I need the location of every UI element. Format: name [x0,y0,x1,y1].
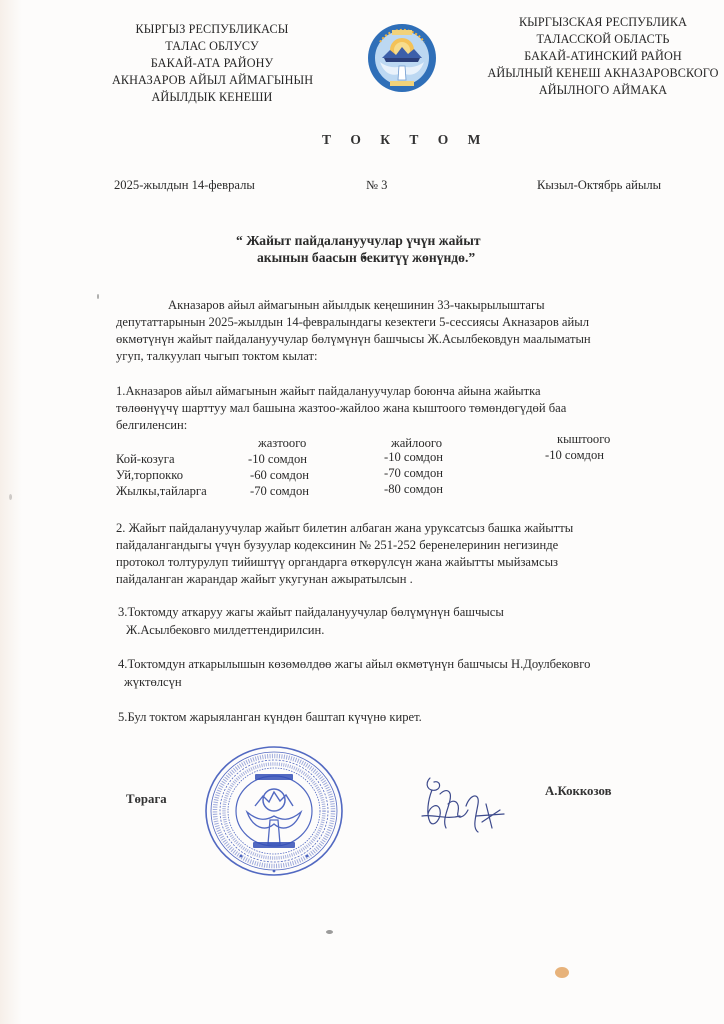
preamble-line: угуп, талкуулап чыгып токтом кылат: [116,348,708,365]
header-left-line: АКНАЗАРОВ АЙЫЛ АЙМАГЫНЫН [112,72,312,89]
subject-line: акынын баасын бекитүү жөнүндө.” [236,249,481,266]
item-1-line: 1.Акназаров айыл аймагынын жайыт пайдала… [116,383,708,400]
scan-speck-artifact [363,256,366,259]
rate-cattle-spring: -60 сомдон [250,468,309,484]
rate-sheep-spring: -10 сомдон [248,452,307,468]
row-label-sheep: Кой-козуга [116,452,175,468]
row-label-horses: Жылкы,тайларга [116,484,207,500]
header-left-line: БАКАЙ-АТА РАЙОНУ [112,55,312,72]
item-1: 1.Акназаров айыл аймагынын жайыт пайдала… [116,383,708,434]
document-place: Кызыл-Октябрь айылы [537,178,661,193]
preamble-line: өкмөтүнүн жайыт пайдалануучулар бөлүмүнү… [116,331,708,348]
document-number: № 3 [366,178,387,193]
document-subject: “ Жайыт пайдалануучулар үчүн жайыт акыны… [236,232,481,266]
preamble-line: депутаттарынын 2025-жылдын 14-февралында… [116,314,708,331]
document-page: КЫРГЫЗ РЕСПУБЛИКАСЫ ТАЛАС ОБЛУСУ БАКАЙ-А… [0,0,724,1024]
item-1-line: төлөөнүүчү шарттуу мал башына жазтоо-жай… [116,400,708,417]
rate-sheep-winter: -10 сомдон [545,448,604,464]
official-stamp-icon [203,744,345,878]
handwritten-signature-icon [420,770,510,840]
preamble-line: Акназаров айыл аймагынын айылдык кеңешин… [116,297,708,314]
rate-sheep-summer: -10 сомдон [384,450,443,466]
subject-line: “ Жайыт пайдалануучулар үчүн жайыт [236,232,481,249]
header-right-line: АЙЫЛНЫЙ КЕНЕШ АКНАЗАРОВСКОГО [478,65,724,82]
row-label-cattle: Уй,торпокко [116,468,183,484]
item-3: 3.Токтомду аткаруу жагы жайыт пайдалануу… [118,604,710,639]
item-2-line: 2. Жайыт пайдалануучулар жайыт билетин а… [116,520,708,537]
item-5-line: 5.Бул токтом жарыяланган күндөн баштап к… [118,709,710,726]
header-left-line: ТАЛАС ОБЛУСУ [112,38,312,55]
item-5: 5.Бул токтом жарыяланган күндөн баштап к… [118,709,710,726]
rate-horses-spring: -70 сомдон [250,484,309,500]
header-left-kyrgyz: КЫРГЫЗ РЕСПУБЛИКАСЫ ТАЛАС ОБЛУСУ БАКАЙ-А… [112,21,312,106]
item-2-line: протокол толтурулуп тийиштүү органдарга … [116,554,708,571]
item-4: 4.Токтомдун аткарылышын көзөмөлдөө жагы … [118,656,710,691]
header-right-line: АЙЫЛНОГО АЙМАКА [478,82,724,99]
header-right-line: ТАЛАССКОЙ ОБЛАСТЬ [478,31,724,48]
document-date: 2025-жылдын 14-февралы [114,178,255,193]
scan-speck-artifact [97,294,99,299]
rate-horses-summer: -80 сомдон [384,482,443,498]
header-left-line: АЙЫЛДЫК КЕНЕШИ [112,89,312,106]
item-1-line: белгиленсин: [116,417,708,434]
item-2-line: пайдаланган жарандар жайыт укугунан ажыр… [116,571,708,588]
scan-speck-artifact [555,967,569,978]
rates-table: жазтоого жайлоого кыштоого Кой-козуга -1… [116,436,676,506]
state-emblem-icon [366,22,438,94]
item-4-line: жүктөлсүн [118,674,710,691]
item-3-line: 3.Токтомду аткаруу жагы жайыт пайдалануу… [118,604,710,621]
document-title: Т О К Т О М [322,132,488,148]
header-right-line: БАКАЙ-АТИНСКИЙ РАЙОН [478,48,724,65]
scan-speck-artifact [326,930,333,934]
signatory-name: А.Коккозов [545,784,612,799]
column-header-spring: жазтоого [258,436,306,452]
item-2: 2. Жайыт пайдалануучулар жайыт билетин а… [116,520,708,588]
preamble: Акназаров айыл аймагынын айылдык кеңешин… [116,297,708,365]
item-2-line: пайдалангандыгы үчүн бузуулар кодексинин… [116,537,708,554]
rate-cattle-summer: -70 сомдон [384,466,443,482]
header-right-russian: КЫРГЫЗСКАЯ РЕСПУБЛИКА ТАЛАССКОЙ ОБЛАСТЬ … [478,14,724,99]
signature-role: Төрага [126,792,167,807]
item-4-line: 4.Токтомдун аткарылышын көзөмөлдөө жагы … [118,656,710,673]
item-3-line: Ж.Асылбековго милдеттендирилсин. [118,622,710,639]
column-header-winter: кыштоого [557,432,610,448]
scan-edge-shadow [0,0,22,1024]
header-left-line: КЫРГЫЗ РЕСПУБЛИКАСЫ [112,21,312,38]
header-right-line: КЫРГЫЗСКАЯ РЕСПУБЛИКА [478,14,724,31]
